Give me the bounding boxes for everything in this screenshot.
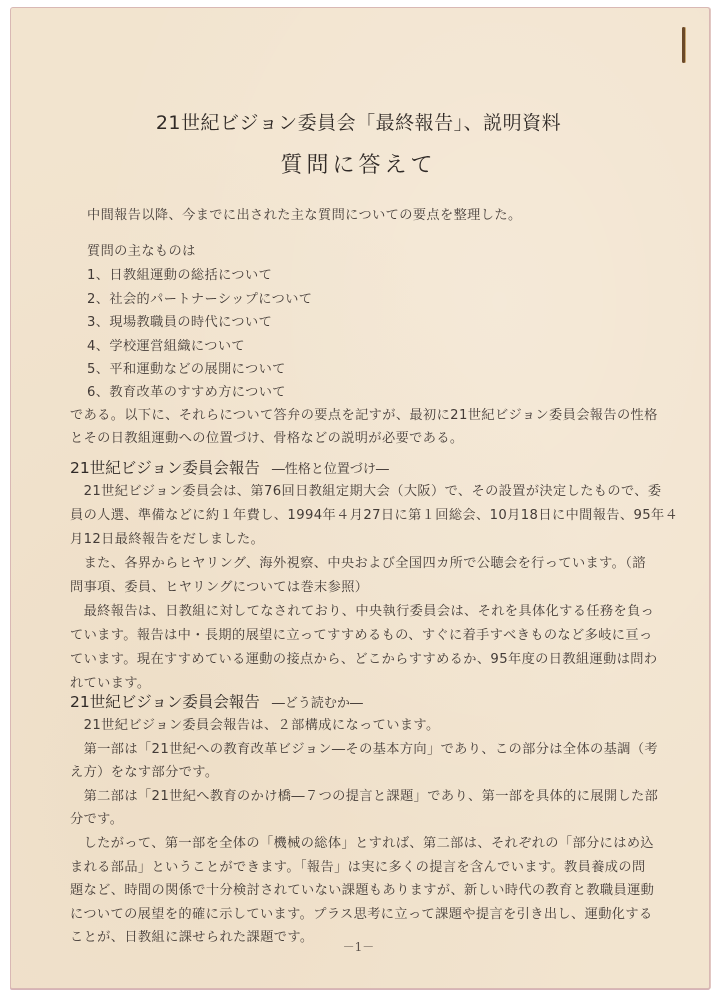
paragraph-line: したがって、第一部を全体の「機械の総体」とすれば、第二部は、それぞれの「部分には…	[70, 832, 654, 851]
document-title: 21世紀ビジョン委員会「最終報告」、説明資料	[0, 108, 717, 135]
paragraph-line: まれる部品」ということができます。「報告」は実に多くの提言を含んでいます。教員養…	[70, 856, 646, 875]
section-heading: 21世紀ビジョン委員会報告―どう読むか―	[70, 690, 363, 712]
paragraph-line: 最終報告は、日教組に対してなされており、中央執行委員会は、それを具体化する任務を…	[70, 600, 654, 619]
paragraph-line: 第一部は「21世紀への教育改革ビジョン―その基本方向」であり、この部分は全体の基…	[70, 738, 658, 757]
paragraph-line: ています。現在すすめている運動の接点から、どこからすすめるか、95年度の日教組運…	[70, 648, 657, 667]
questions-heading: 質問の主なものは	[87, 240, 196, 259]
paragraph-line: 月12日最終報告をだしました。	[70, 528, 264, 547]
section-heading-title: 21世紀ビジョン委員会報告	[70, 693, 260, 711]
paragraph-line: ています。報告は中・長期的展望に立ってすすめるもの、すぐに着手すべきものなど多岐…	[70, 624, 653, 643]
paragraph-line: 分です。	[70, 808, 123, 827]
question-item: 4、学校運営組織について	[87, 335, 245, 354]
document-subtitle: 質問に答えて	[0, 148, 717, 179]
paragraph-line: れています。	[70, 672, 150, 691]
question-item: 3、現場教職員の時代について	[87, 311, 272, 330]
staple-icon	[682, 27, 685, 63]
questions-conclusion-line: である。以下に、それらについて答弁の要点を記すが、最初に21世紀ビジョン委員会報…	[70, 404, 658, 423]
paragraph-line: 問事項、委員、ヒヤリングについては巻末参照）	[70, 576, 368, 595]
question-item: 2、社会的パートナーシップについて	[87, 288, 312, 307]
paragraph-line: 21世紀ビジョン委員会報告は、２部構成になっています。	[70, 714, 440, 733]
page-number: －1－	[0, 938, 717, 955]
paragraph-line: についての展望を的確に示しています。プラス思考に立って課題や提言を引き出し、運動…	[70, 903, 653, 922]
paragraph-line: 題など、時間の関係で十分検討されていない課題もありますが、新しい時代の教育と教職…	[70, 879, 654, 898]
section-heading-subtitle: ―どう読むか―	[272, 696, 363, 711]
paragraph-line: 第二部は「21世紀へ教育のかけ橋―７つの提言と課題」であり、第一部を具体的に展開…	[70, 785, 658, 804]
question-item: 5、平和運動などの展開について	[87, 358, 286, 377]
section-heading-subtitle: ―性格と位置づけ―	[272, 462, 389, 477]
paragraph-line: 21世紀ビジョン委員会は、第76回日教組定期大会（大阪）で、その設置が決定したも…	[70, 480, 661, 499]
section-heading-title: 21世紀ビジョン委員会報告	[70, 459, 260, 477]
section-heading: 21世紀ビジョン委員会報告―性格と位置づけ―	[70, 456, 389, 478]
question-item: 6、教育改革のすすめ方について	[87, 381, 286, 400]
paragraph-line: また、各界からヒヤリング、海外視察、中央および全国四カ所で公聴会を行っています。…	[70, 552, 646, 571]
question-item: 1、日教組運動の総括について	[87, 264, 272, 283]
intro-text: 中間報告以降、今までに出された主な質問についての要点を整理した。	[87, 204, 522, 223]
paragraph-line: え方）をなす部分です。	[70, 761, 218, 780]
paragraph-line: 員の人選、準備などに約１年費し、1994年４月27日に第１回総会、10月18日に…	[70, 504, 678, 523]
questions-conclusion-line: とその日教組運動への位置づけ、骨格などの説明が必要である。	[70, 427, 464, 446]
